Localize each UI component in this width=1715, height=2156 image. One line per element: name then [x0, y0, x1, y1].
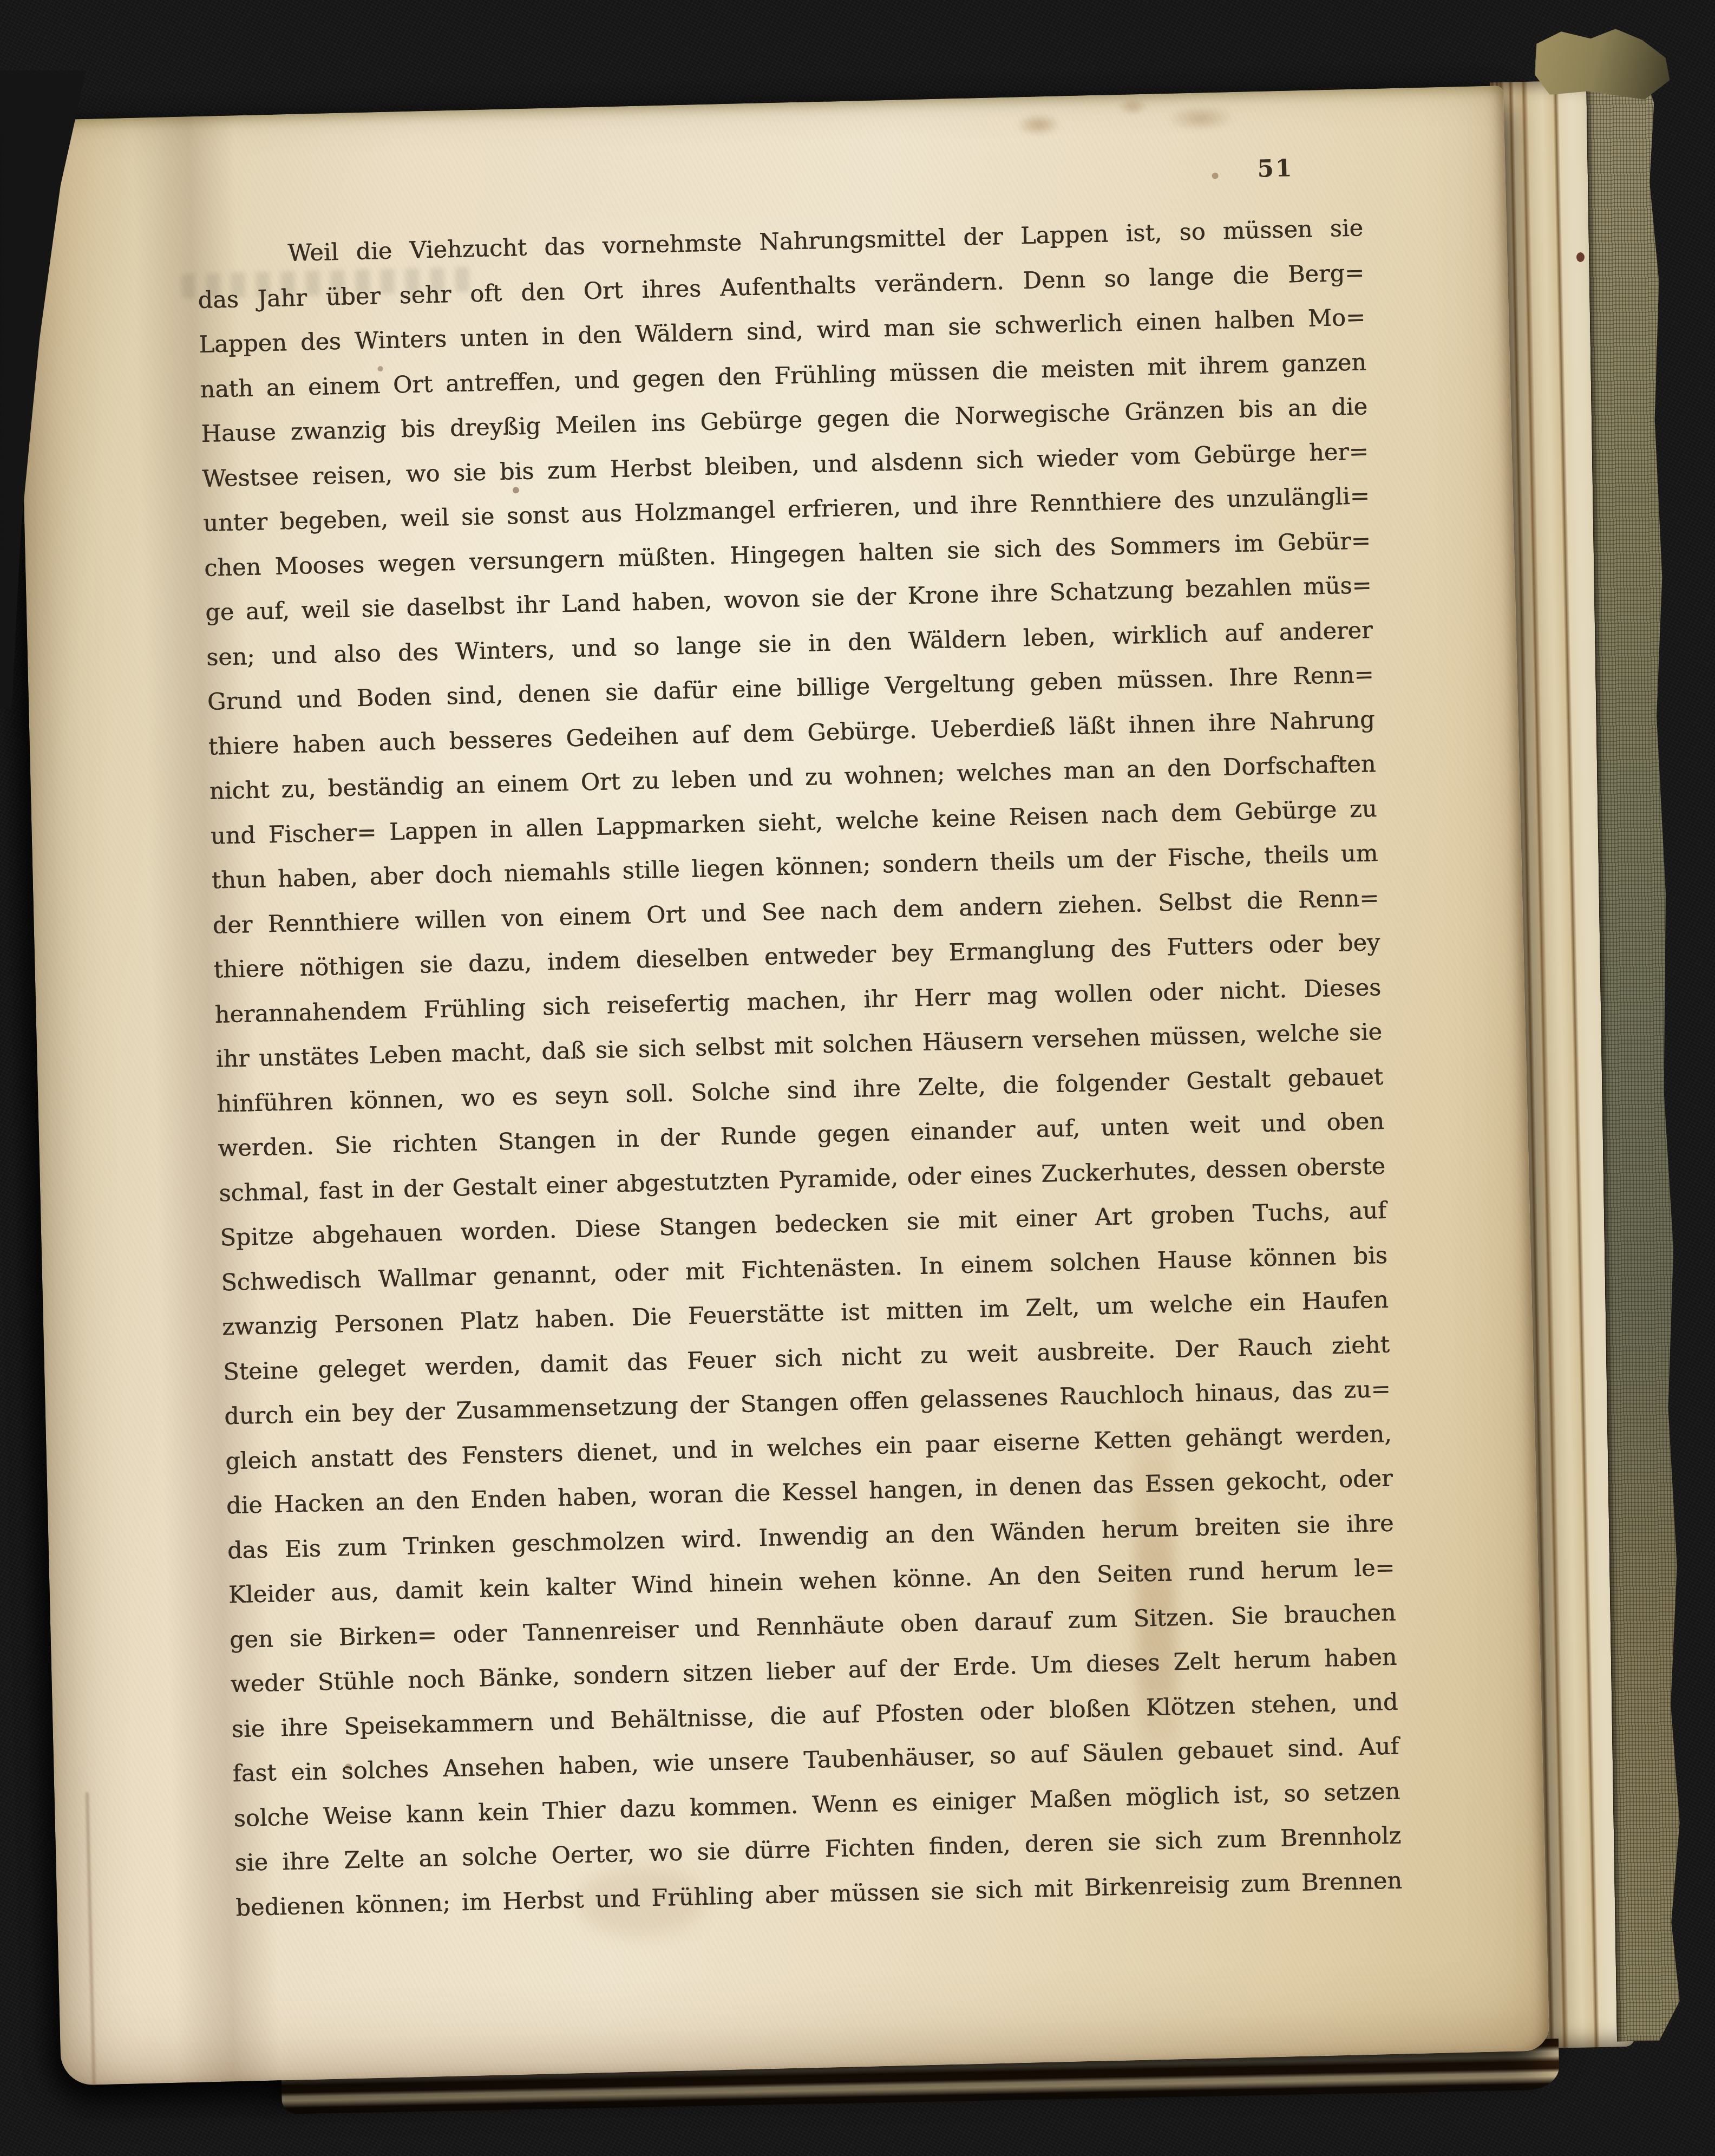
edge-speck [1576, 252, 1585, 262]
stain [984, 87, 1255, 148]
book-photo: 51 Weil die Viehzucht das vornehmste Nah… [0, 0, 1715, 2156]
torn-corner-cloth [1534, 25, 1672, 101]
paper-crease [86, 1793, 95, 2085]
page-number: 51 [1257, 154, 1294, 183]
book-page: 51 Weil die Viehzucht das vornehmste Nah… [15, 86, 1550, 2086]
body-text: Weil die Viehzucht das vornehmste Nahrun… [197, 206, 1403, 1930]
